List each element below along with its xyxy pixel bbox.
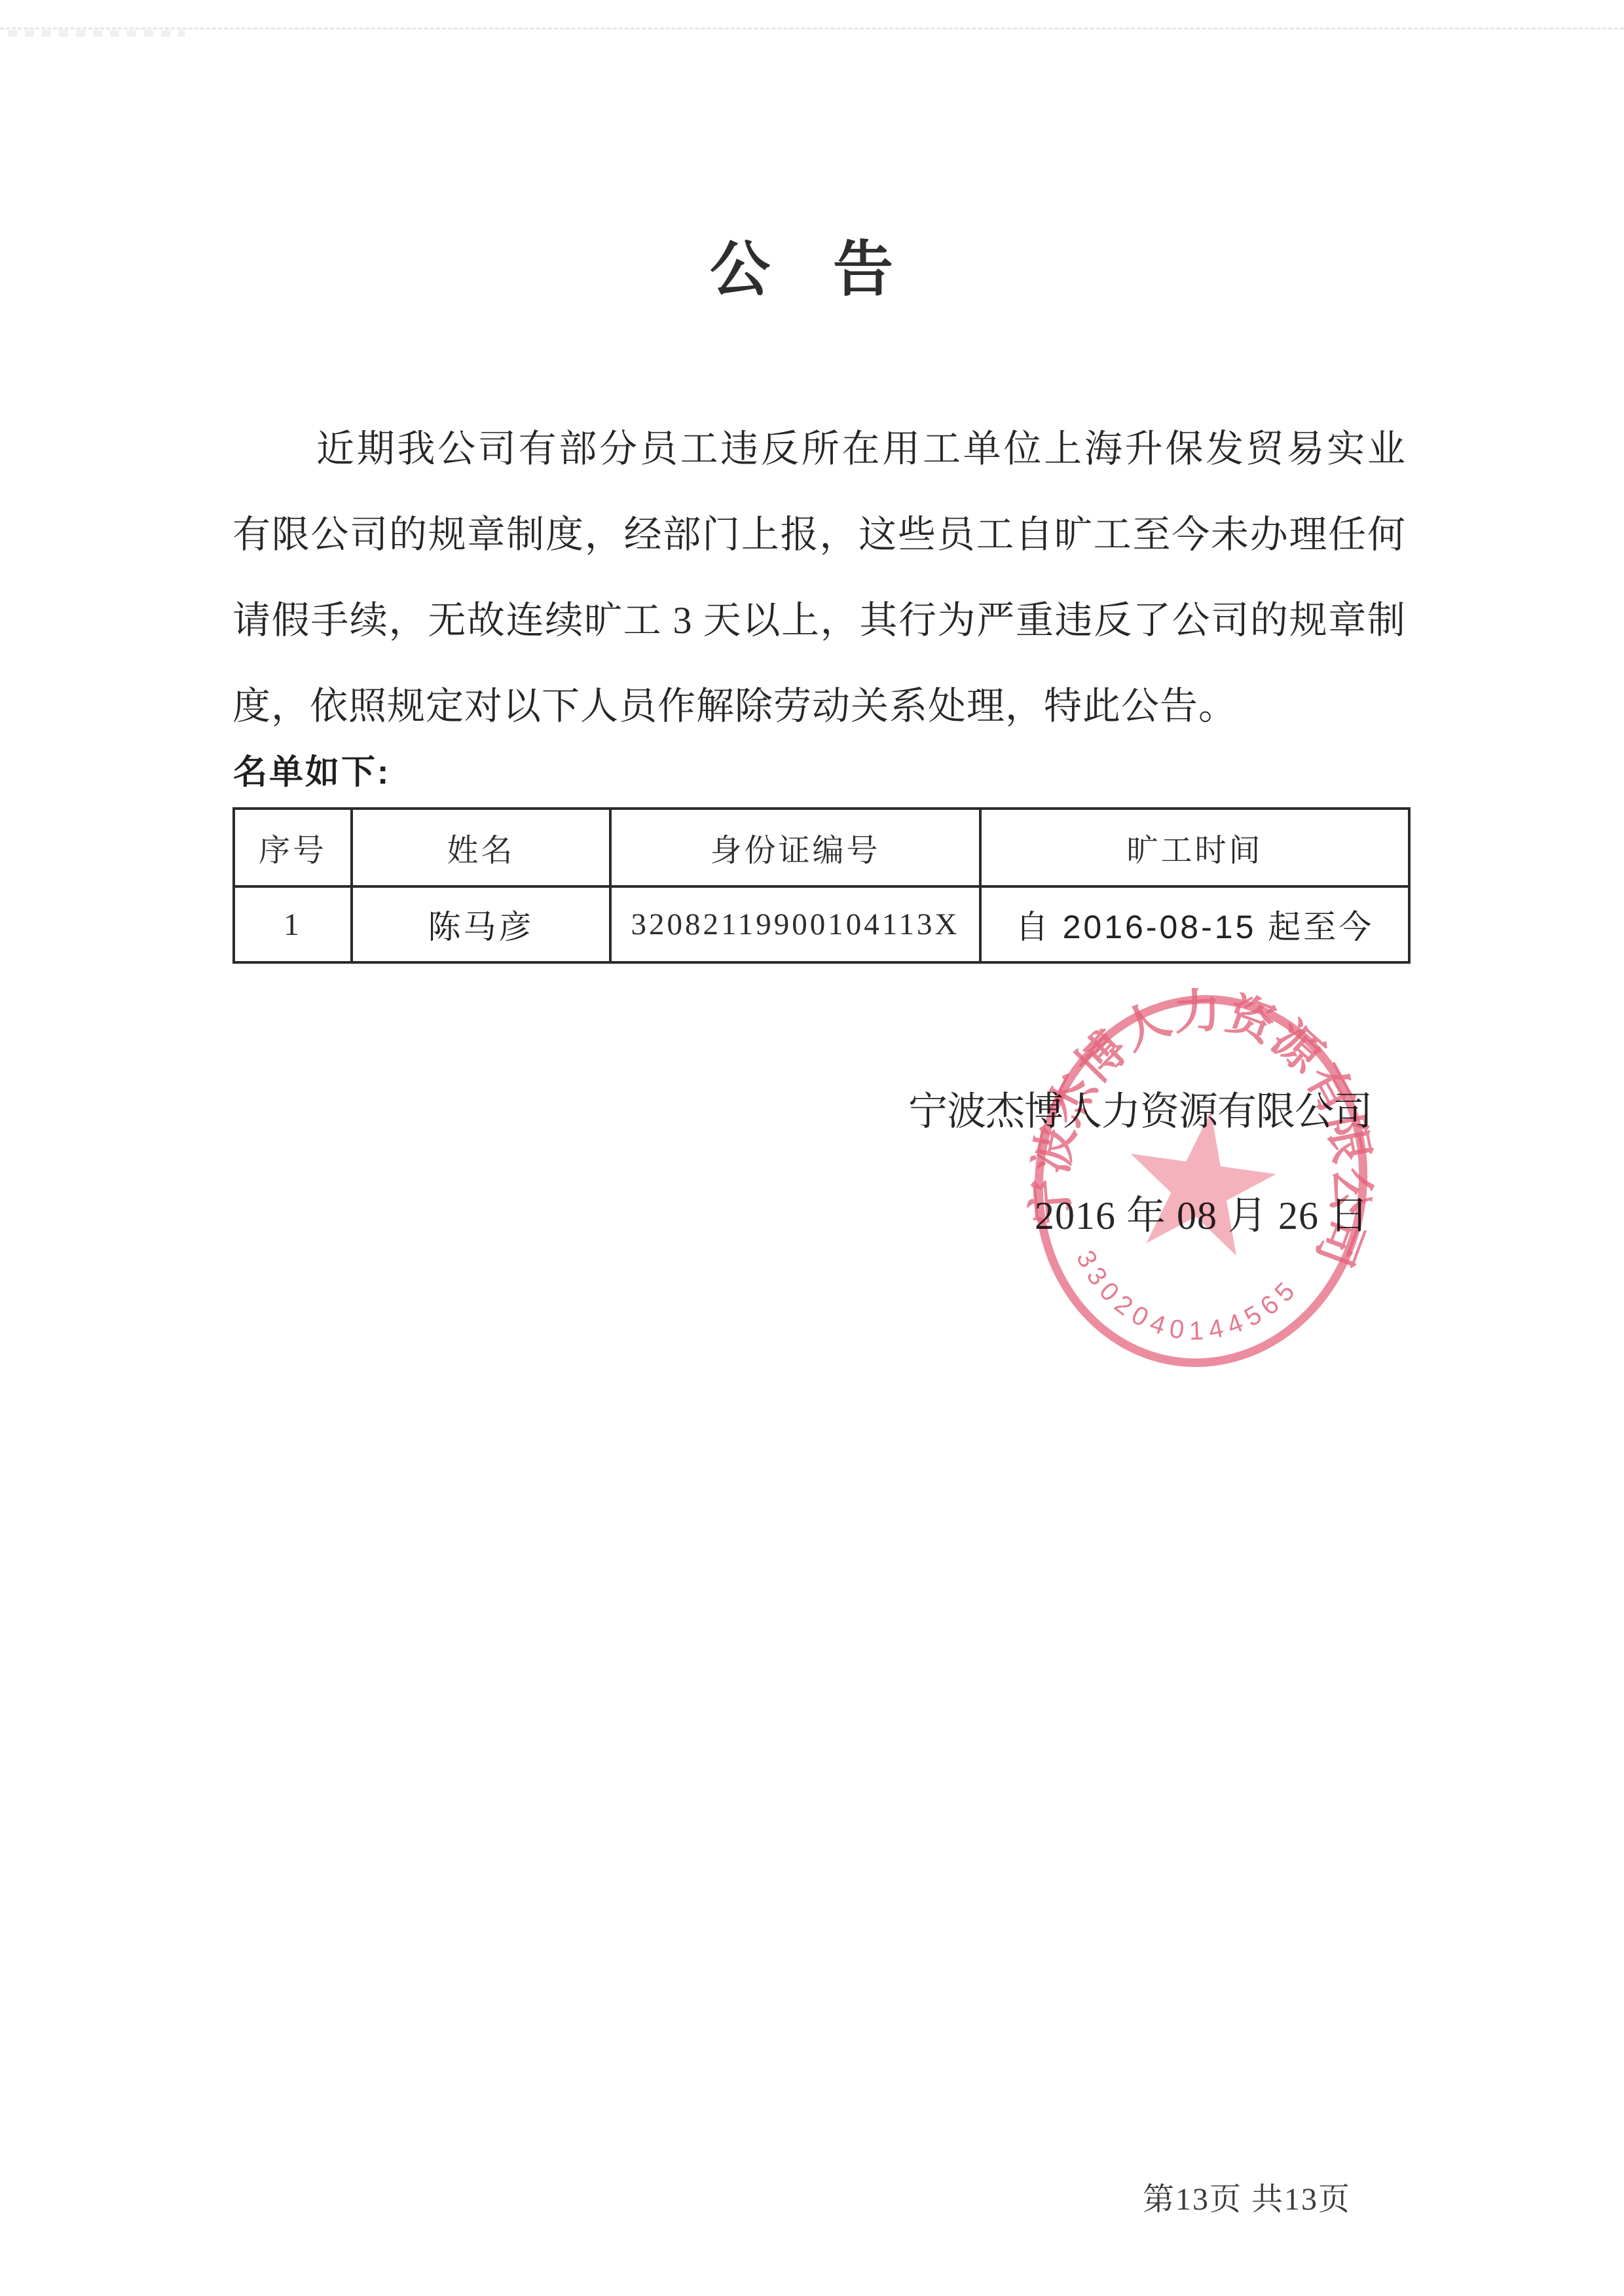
svg-text:3302040144565: 3302040144565: [1061, 1243, 1307, 1360]
cell-absence-period: 自 2016-08-15 起至今: [980, 886, 1409, 962]
paragraph-line: 请假手续，无故连续旷工 3 天以上，其行为严重违反了公司的规章制: [232, 577, 1406, 663]
scan-artifact-smudge: [8, 30, 185, 37]
paragraph-line: 有限公司的规章制度，经部门上报，这些员工自旷工至今未办理任何: [232, 492, 1406, 577]
list-label: 名单如下:: [233, 753, 390, 792]
cell-serial-number: 1: [234, 886, 352, 962]
header-serial-number: 序号: [234, 809, 352, 886]
dismissal-roster-table: 序号 姓名 身份证编号 旷工时间 1 陈马彦 32082119900104113…: [232, 807, 1411, 964]
header-id-number: 身份证编号: [610, 809, 980, 886]
table-row: 1 陈马彦 32082119900104113X 自 2016-08-15 起至…: [234, 886, 1409, 962]
cell-name: 陈马彦: [352, 886, 610, 962]
signature-company-name: 宁波杰博人力资源有限公司: [908, 1087, 1372, 1137]
notice-paragraph: 近期我公司有部分员工违反所在用工单位上海升保发贸易实业 有限公司的规章制度，经部…: [232, 406, 1406, 749]
page-number-indicator: 第13页 共13页: [1143, 2174, 1351, 2219]
paragraph-line: 近期我公司有部分员工违反所在用工单位上海升保发贸易实业: [232, 406, 1406, 492]
header-name: 姓名: [352, 809, 610, 886]
announcement-document: 公 告 近期我公司有部分员工违反所在用工单位上海升保发贸易实业 有限公司的规章制…: [0, 0, 1624, 2296]
table-header-row: 序号 姓名 身份证编号 旷工时间: [234, 809, 1409, 886]
page-title: 公 告: [0, 240, 1604, 300]
header-absence-period: 旷工时间: [980, 809, 1409, 886]
cell-id-number: 32082119900104113X: [610, 886, 980, 962]
scan-artifact-line: [0, 27, 1624, 29]
signature-block: 宁波杰博人力资源有限公司 2016 年 08 月 26 日: [908, 1087, 1372, 1239]
seal-serial-number: 3302040144565: [1061, 1243, 1307, 1360]
paragraph-line: 度，依照规定对以下人员作解除劳动关系处理，特此公告。: [232, 663, 1406, 749]
signature-date: 2016 年 08 月 26 日: [908, 1193, 1372, 1239]
